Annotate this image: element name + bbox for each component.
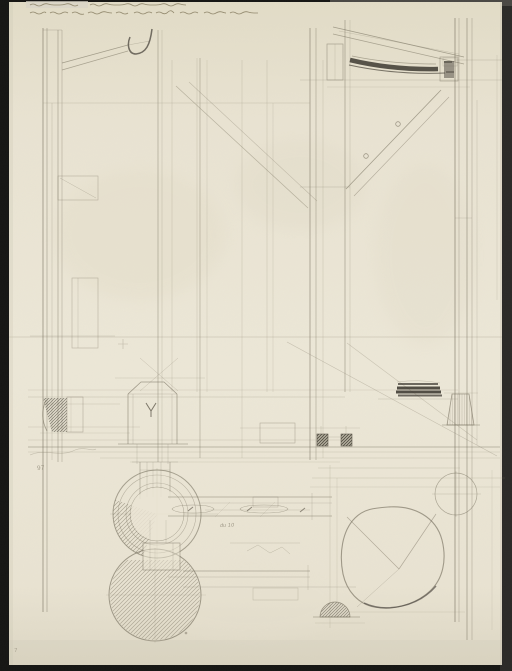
- plan-note: du 10: [220, 523, 234, 529]
- flared-base-profile: [447, 394, 474, 425]
- drawing-canvas: 97 du 10 7: [0, 0, 512, 671]
- hatched-block: [317, 434, 328, 446]
- margin-note-left: 97: [37, 465, 45, 472]
- pier-square: [143, 543, 180, 570]
- scanned-drawing: 97 du 10 7: [0, 0, 512, 671]
- hatched-block: [341, 434, 352, 446]
- paper-sheet: [9, 2, 502, 665]
